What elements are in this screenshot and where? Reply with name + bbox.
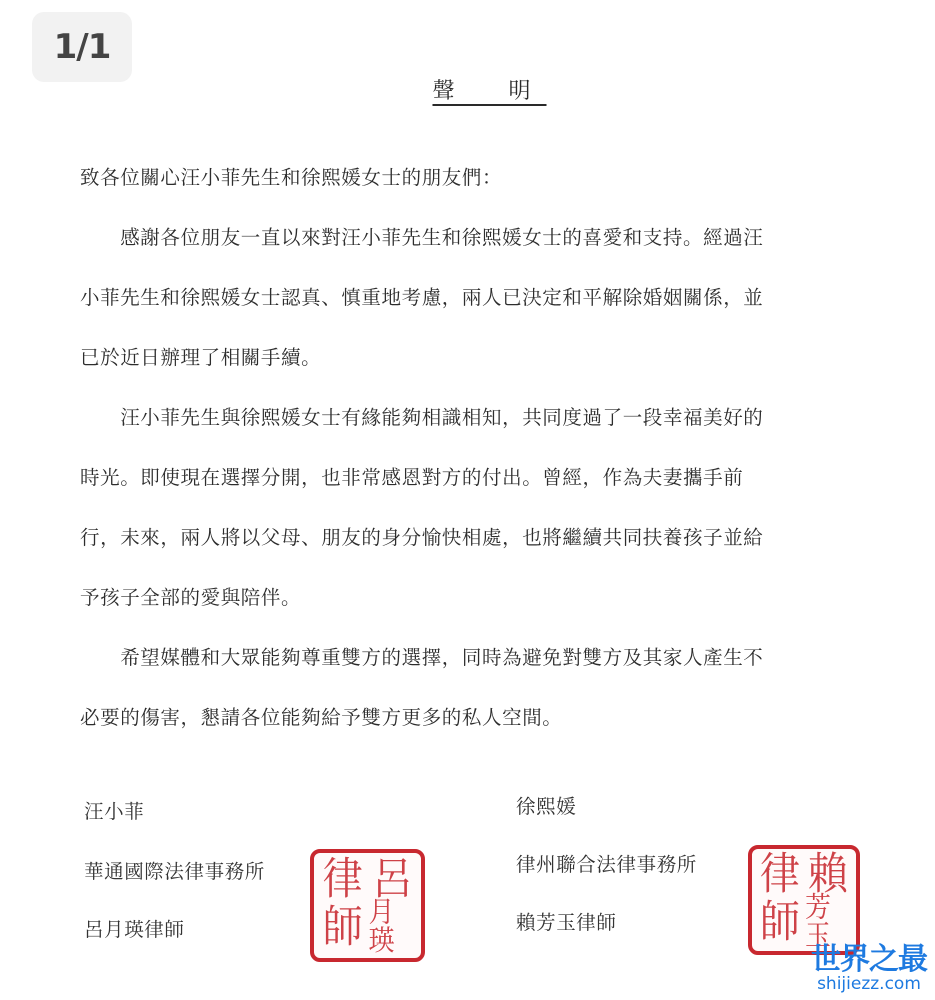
site-watermark: 世界之最 shijiezz.com <box>811 944 927 994</box>
paragraph-line-3: 已於近日辦理了相關手續。 <box>80 342 880 370</box>
seal-char: 律 <box>319 856 367 901</box>
seal-stamp-right: 律 賴 師 芳玉 <box>748 845 860 955</box>
paragraph-line-8: 希望媒體和大眾能夠尊重雙方的選擇，同時為避免對雙方及其家人產生不 <box>80 642 880 670</box>
seal-stamp-left: 律 呂 師 月瑛 <box>310 849 425 962</box>
seal-char: 師 <box>757 893 803 950</box>
document-title-text: 聲 明 <box>432 79 546 104</box>
paragraph-line-6: 行，未來，兩人將以父母、朋友的身分愉快相處，也將繼續共同扶養孩子並給 <box>80 522 880 550</box>
document-title: 聲 明 <box>0 74 935 105</box>
seal-char: 月瑛 <box>369 898 417 955</box>
paragraph-line-2: 小菲先生和徐熙媛女士認真、慎重地考慮，兩人已決定和平解除婚姻關係，並 <box>80 282 880 310</box>
seal-char: 呂 <box>369 856 417 901</box>
page-indicator-text: 1/1 <box>54 27 111 67</box>
paragraph-line-7: 予孩子全部的愛與陪伴。 <box>80 582 880 610</box>
party-name-left: 汪小菲 <box>84 796 144 824</box>
seal-char: 律 <box>757 852 803 896</box>
page-indicator-badge: 1/1 <box>32 12 132 82</box>
paragraph-line-1: 感謝各位朋友一直以來對汪小菲先生和徐熙媛女士的喜愛和支持。經過汪 <box>80 222 880 250</box>
paragraph-line-5: 時光。即使現在選擇分開，也非常感恩對方的付出。曾經，作為夫妻攜手前 <box>80 462 880 490</box>
law-firm-left: 華通國際法律事務所 <box>84 856 265 884</box>
lawyer-name-left: 呂月瑛律師 <box>84 914 185 942</box>
paragraph-line-4: 汪小菲先生與徐熙媛女士有緣能夠相識相知，共同度過了一段幸福美好的 <box>80 402 880 430</box>
watermark-cn-text: 世界之最 <box>811 944 927 976</box>
watermark-url-text: shijiezz.com <box>811 975 927 994</box>
salutation: 致各位關心汪小菲先生和徐熙媛女士的朋友們： <box>80 162 880 190</box>
paragraph-line-9: 必要的傷害，懇請各位能夠給予雙方更多的私人空間。 <box>80 702 880 730</box>
law-firm-right: 律州聯合法律事務所 <box>516 849 697 877</box>
seal-char: 師 <box>319 898 367 955</box>
party-name-right: 徐熙媛 <box>516 791 576 819</box>
lawyer-name-right: 賴芳玉律師 <box>516 907 617 935</box>
seal-char: 賴 <box>805 852 851 896</box>
